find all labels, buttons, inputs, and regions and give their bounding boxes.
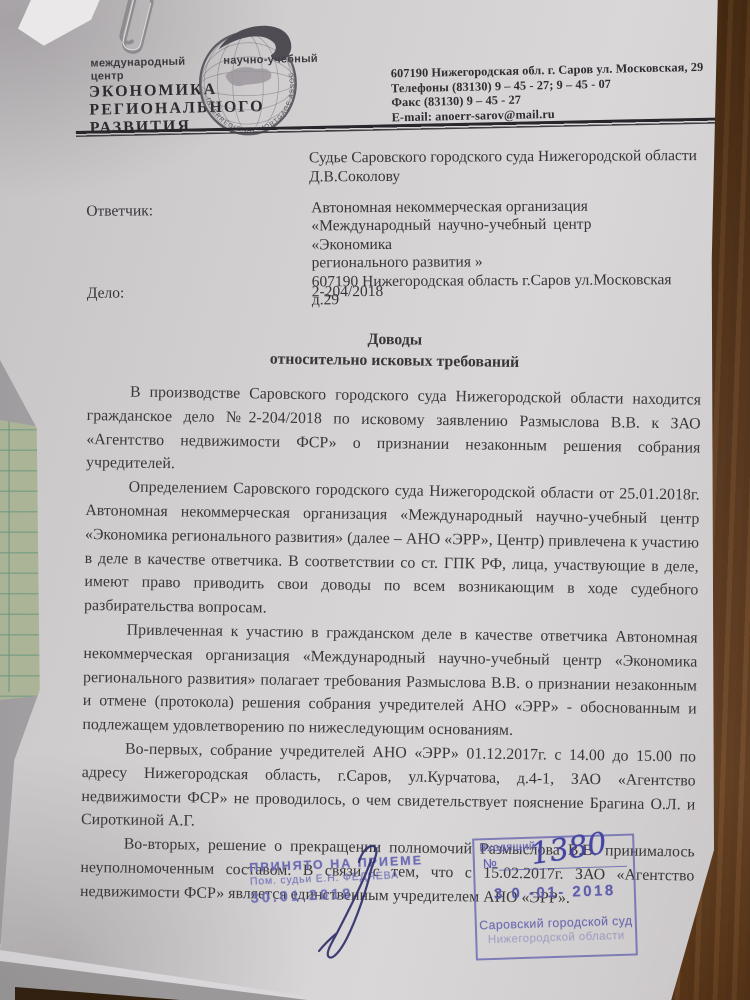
- document-body: Доводы относительно исковых требований В…: [80, 325, 702, 912]
- addressee-line2: Д.В.Соколову: [309, 166, 697, 187]
- addressee-line1: Судье Саровского городского суда Нижегор…: [309, 147, 697, 168]
- document-title: Доводы относительно исковых требований: [87, 325, 702, 376]
- handwritten-signature: [295, 838, 405, 973]
- incoming-stamp-no-sign: №: [483, 856, 497, 871]
- globe-emblem-icon: INTERREGIONAL MORTGAGE ASSOCIATION: [196, 21, 300, 139]
- respondent-line1: Автономная некоммерческая организация: [311, 197, 671, 218]
- landmass-shape: [225, 67, 271, 87]
- respondent-label: Ответчик:: [86, 202, 153, 220]
- paragraph-3: Привлеченная к участию в гражданском дел…: [82, 618, 698, 746]
- letterhead: международныйнаучно-учебный центр ЭКОНОМ…: [74, 28, 743, 142]
- respondent-line3: регионального развития »: [312, 252, 672, 273]
- document-sheet: международныйнаучно-учебный центр ЭКОНОМ…: [0, 0, 750, 1000]
- incoming-stamp-label: Входящий: [479, 841, 536, 855]
- paragraph-4: Во-первых, собрание учредителей АНО «ЭРР…: [81, 737, 696, 841]
- respondent-line2: «Международный научно-учебный центр «Эко…: [311, 216, 671, 255]
- addressee: Судье Саровского городского суда Нижегор…: [309, 147, 697, 186]
- photo-of-document: международныйнаучно-учебный центр ЭКОНОМ…: [0, 0, 750, 1000]
- paragraph-2: Определением Саровского городского суда …: [84, 475, 700, 626]
- address-block: Судье Саровского городского суда Нижегор…: [0, 0, 750, 2]
- incoming-stamp-court-line2: Нижегородской области: [477, 930, 635, 947]
- paragraph-1: В производстве Саровского городского суд…: [86, 380, 701, 484]
- incoming-stamp: Входящий № 1380 3 0 -01- 2018 Саровский …: [472, 833, 638, 960]
- case-number: 2-204/2018: [312, 283, 384, 301]
- org-contacts: 607190 Нижегородская обл. г. Саров ул. М…: [391, 60, 705, 125]
- incoming-stamp-date: 3 0 -01- 2018: [476, 882, 634, 904]
- case-label: Дело:: [87, 285, 125, 303]
